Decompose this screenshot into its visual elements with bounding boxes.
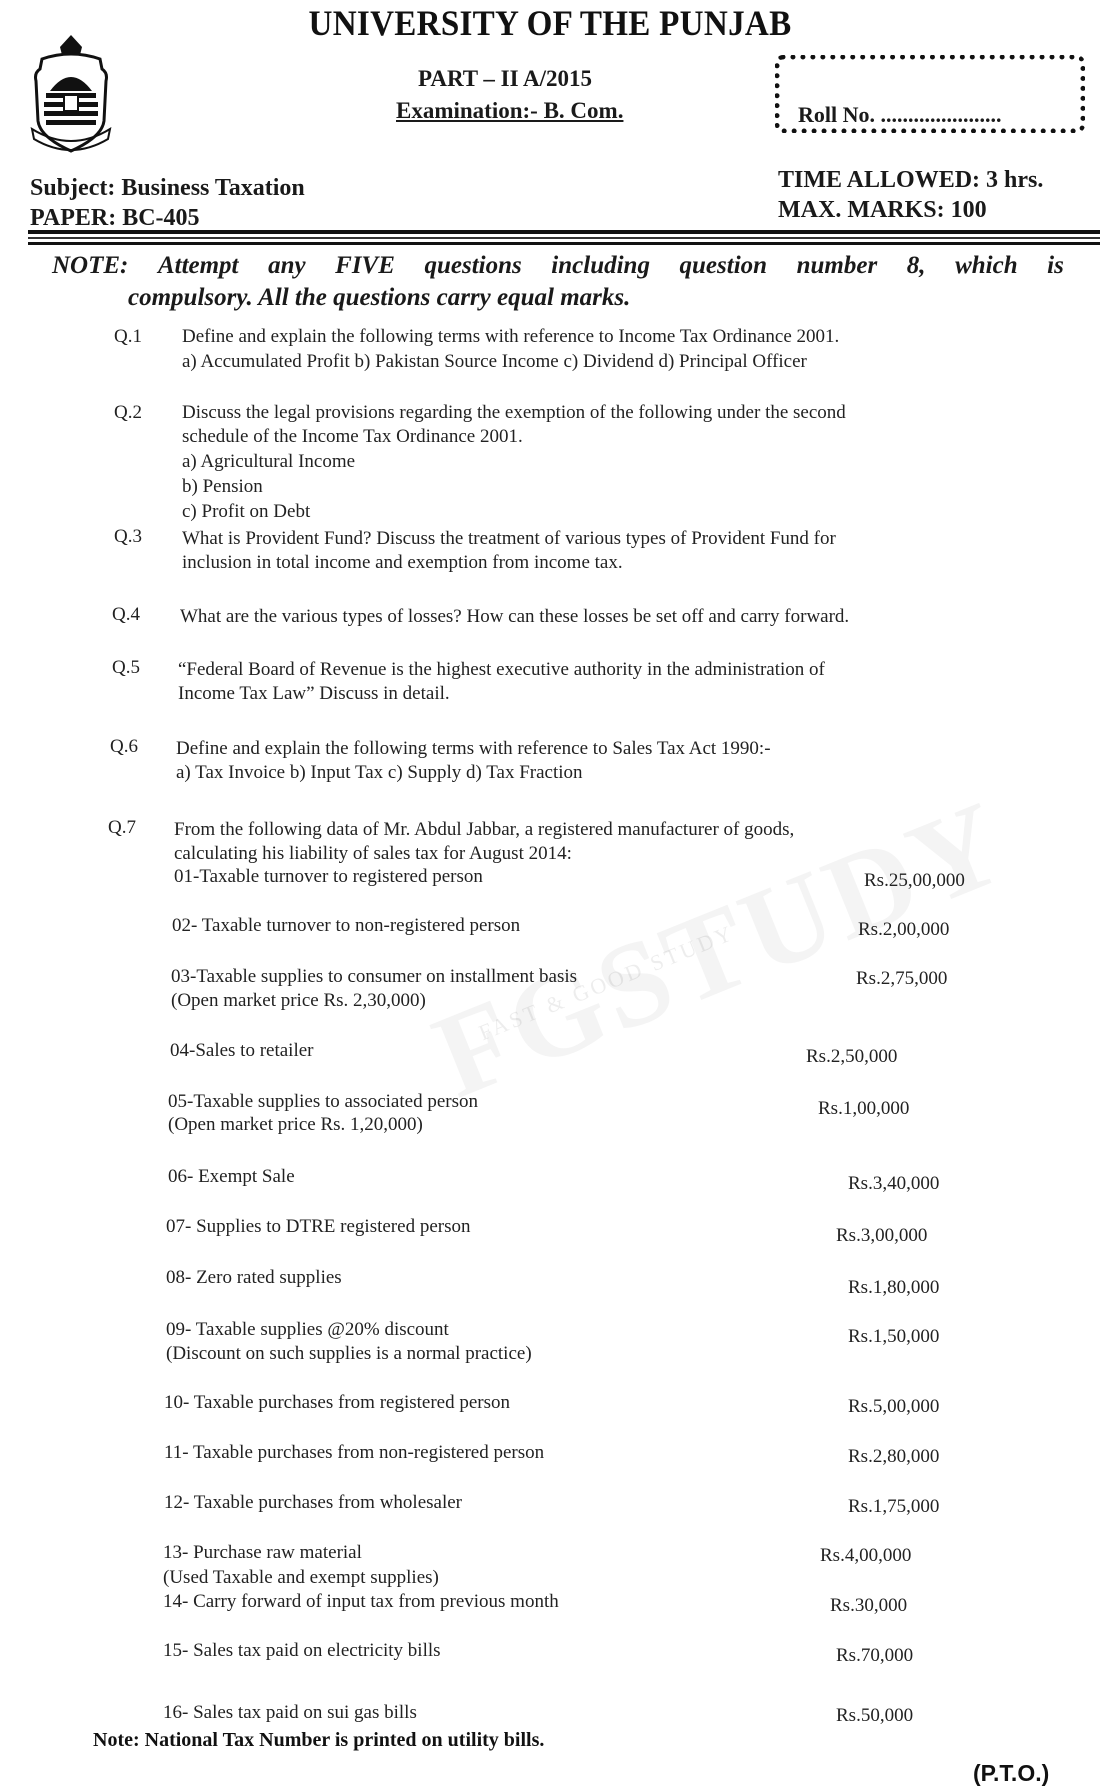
instructions-note: NOTE: Attempt any FIVE questions includi… (52, 252, 1064, 280)
q7-item-amount: Rs.2,00,000 (858, 919, 949, 941)
note-word: any (268, 252, 306, 280)
question-number: Q.7 (108, 817, 136, 839)
q7-item-label: 10- Taxable purchases from registered pe… (164, 1392, 510, 1414)
q7-item-amount: Rs.25,00,000 (864, 870, 965, 892)
q7-item-amount: Rs.3,40,000 (848, 1173, 939, 1195)
q7-item-label: 01-Taxable turnover to registered person (174, 866, 483, 888)
university-crest-icon (30, 33, 112, 155)
q7-item-label: 12- Taxable purchases from wholesaler (164, 1492, 462, 1514)
q7-item-amount: Rs.50,000 (836, 1705, 913, 1727)
question-text: What are the various types of losses? Ho… (180, 606, 849, 628)
subject: Subject: Business Taxation (30, 175, 305, 202)
header-divider (28, 237, 1100, 239)
examination-name: Examination:- B. Com. (396, 98, 623, 124)
question-text: b) Pension (182, 476, 263, 498)
question-text: c) Profit on Debt (182, 501, 310, 523)
q7-item-label: 15- Sales tax paid on electricity bills (163, 1640, 441, 1662)
question-text: a) Accumulated Profit b) Pakistan Source… (182, 351, 807, 373)
q7-item-amount: Rs.3,00,000 (836, 1225, 927, 1247)
note-word: 8, (907, 252, 926, 280)
paper-code: PAPER: BC-405 (30, 205, 200, 232)
q7-item-subnote: (Discount on such supplies is a normal p… (166, 1343, 532, 1365)
note-word: question (680, 252, 768, 280)
question-number: Q.5 (112, 657, 140, 679)
q7-item-amount: Rs.30,000 (830, 1595, 907, 1617)
question-text: Define and explain the following terms w… (182, 326, 839, 348)
note-word: which (955, 252, 1018, 280)
q7-item-amount: Rs.2,75,000 (856, 968, 947, 990)
q7-item-subnote: (Open market price Rs. 1,20,000) (168, 1114, 423, 1136)
question-text: Define and explain the following terms w… (176, 738, 771, 760)
question-number: Q.2 (114, 402, 142, 424)
note-word: questions (424, 252, 521, 280)
q7-item-amount: Rs.2,50,000 (806, 1046, 897, 1068)
question-number: Q.4 (112, 604, 140, 626)
question-text: schedule of the Income Tax Ordinance 200… (182, 426, 523, 448)
note-word: Attempt (158, 252, 239, 280)
exam-part: PART – II A/2015 (418, 66, 592, 92)
question-text: What is Provident Fund? Discuss the trea… (182, 528, 836, 550)
q7-item-label: 06- Exempt Sale (168, 1166, 295, 1188)
please-turn-over: (P.T.O.) (973, 1760, 1049, 1787)
question-text: From the following data of Mr. Abdul Jab… (174, 819, 794, 841)
question-text: a) Tax Invoice b) Input Tax c) Supply d)… (176, 762, 583, 784)
q7-item-label: 09- Taxable supplies @20% discount (166, 1319, 449, 1341)
note-word: is (1047, 252, 1064, 280)
note-word: including (551, 252, 650, 280)
q7-item-label: 02- Taxable turnover to non-registered p… (172, 915, 520, 937)
question-text: a) Agricultural Income (182, 451, 355, 473)
q7-item-label: 07- Supplies to DTRE registered person (166, 1216, 470, 1238)
max-marks: MAX. MARKS: 100 (778, 197, 987, 224)
q7-item-label: 13- Purchase raw material (163, 1542, 362, 1564)
header-divider (28, 242, 1100, 245)
q7-item-amount: Rs.1,00,000 (818, 1098, 909, 1120)
header-divider (28, 230, 1100, 234)
question-text: inclusion in total income and exemption … (182, 552, 623, 574)
q7-item-label: 14- Carry forward of input tax from prev… (163, 1591, 559, 1613)
q7-item-amount: Rs.1,50,000 (848, 1326, 939, 1348)
question-text: “Federal Board of Revenue is the highest… (178, 659, 825, 681)
time-allowed: TIME ALLOWED: 3 hrs. (778, 167, 1043, 194)
question-text: calculating his liability of sales tax f… (174, 843, 572, 865)
note-word: NOTE: (52, 252, 128, 280)
q7-item-label: 03-Taxable supplies to consumer on insta… (171, 966, 577, 988)
roll-number-field: Roll No. ...................... (798, 102, 1002, 128)
q7-item-subnote: (Open market price Rs. 2,30,000) (171, 990, 426, 1012)
note-word: FIVE (335, 252, 395, 280)
q7-item-label: 16- Sales tax paid on sui gas bills (163, 1702, 417, 1724)
q7-item-amount: Rs.4,00,000 (820, 1545, 911, 1567)
instructions-note-line2: compulsory. All the questions carry equa… (128, 284, 630, 312)
question-text: Discuss the legal provisions regarding t… (182, 402, 846, 424)
question-text: Income Tax Law” Discuss in detail. (178, 683, 450, 705)
utility-bills-note: Note: National Tax Number is printed on … (93, 1729, 544, 1752)
q7-item-label: 08- Zero rated supplies (166, 1267, 342, 1289)
question-number: Q.3 (114, 526, 142, 548)
q7-item-label: 04-Sales to retailer (170, 1040, 314, 1062)
q7-item-label: 11- Taxable purchases from non-registere… (164, 1442, 544, 1464)
q7-item-amount: Rs.70,000 (836, 1645, 913, 1667)
q7-item-label: 05-Taxable supplies to associated person (168, 1091, 478, 1113)
university-title: UNIVERSITY OF THE PUNJAB (44, 2, 1056, 44)
q7-item-amount: Rs.1,80,000 (848, 1277, 939, 1299)
q7-item-subnote: (Used Taxable and exempt supplies) (163, 1567, 439, 1589)
question-number: Q.6 (110, 736, 138, 758)
note-word: number (797, 252, 878, 280)
question-number: Q.1 (114, 326, 142, 348)
q7-item-amount: Rs.1,75,000 (848, 1496, 939, 1518)
q7-item-amount: Rs.2,80,000 (848, 1446, 939, 1468)
q7-item-amount: Rs.5,00,000 (848, 1396, 939, 1418)
